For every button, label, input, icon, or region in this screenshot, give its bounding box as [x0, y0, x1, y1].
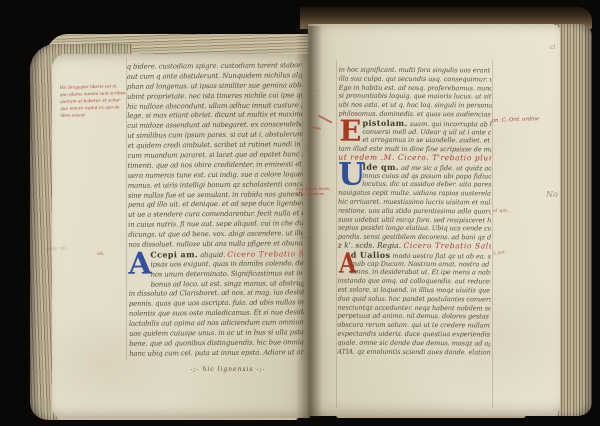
left-page-body: q bidere. custodiam spigre. custodiam ta…: [127, 61, 304, 250]
decorated-initial-A-blue: A: [128, 250, 150, 280]
accepi-first-rest: aliquid.: [198, 251, 227, 259]
amabilis-indented-lines: quib cap Ducum. Nostram amat. nostra ad …: [338, 259, 491, 277]
amabilis-paragraph: A d Ualios modo uestra fiat qz ut ab ea.…: [337, 250, 491, 356]
manuscript-photo: Hic bragayler liberis est in quo plures …: [0, 0, 600, 426]
manuscript-text-line: pandis. sensi gestibilem decorens. ad ba…: [338, 233, 491, 243]
catchword: -;- hic lignensis -;-: [158, 366, 298, 373]
page-edge-stack-fore-edge: [556, 24, 592, 416]
manuscript-text-line: hanc ubiq cum cel. puta ut innus epsta. …: [129, 348, 304, 359]
manuscript-text-line: ATIA. qz emolumtis sciendi aues dande. e…: [337, 347, 490, 357]
left-page-text-block: q bidere. custodiam spigre. custodiam ta…: [127, 61, 305, 359]
rubric2-red-text: Cicero Trebatio Salutem;: [404, 242, 491, 251]
gutter-red-note: Vna napam blado heud abamans: [296, 186, 340, 197]
amabilis-full-lines: instando que omq. ad colloquendis. aut r…: [337, 277, 490, 357]
rubric-cicero-trebatio-libris: ut redem .M. Cicero. T'rebatio plurib; d…: [338, 154, 491, 164]
faint-c-mark: c.: [316, 88, 320, 94]
accepi-paragraph: A Ccepi am. aliquid. Cicero Trebatio Sal…: [128, 249, 304, 359]
manuscript-text-line: tam illud este mult in dine fine scripsi…: [338, 145, 491, 155]
right-margin-al-note: al qm.: [493, 208, 509, 214]
right-margin-no-mark: No: [546, 190, 558, 199]
ruling-line: [492, 60, 493, 408]
decorated-initial-A-red: A: [339, 250, 350, 276]
left-rubric-cicero-trebatio: Cicero Trebatio Salute;: [227, 249, 303, 259]
gutter-h-mark: h': [305, 149, 310, 155]
manuscript-text-line: philosomus. dominedis. et quas uos audie…: [338, 110, 491, 120]
epistolam-paragraph: E pistolam. suam. qui incorrupta ab here…: [338, 118, 491, 154]
amabilis-first-word: d Ualios: [351, 250, 391, 259]
folio-mark: ci: [550, 44, 555, 51]
decorated-initial-U-blue: U: [338, 162, 362, 189]
vide-first-word: Ide qm.: [362, 162, 399, 171]
gutter-faint-note: de ab': [300, 236, 314, 241]
epistolam-full-lines: tam illud este mult in dine fine scripsi…: [338, 145, 491, 155]
vide-paragraph: U Ide qm. ad me sic a fide. ut quidz ad …: [338, 162, 491, 242]
left-margin-red-note: Hic bragayler liberis est in quo plures …: [60, 83, 127, 119]
decorated-initial-E-red: E: [338, 118, 362, 145]
vide-full-lines: nauigatus cepit multe. uidians rapios au…: [338, 189, 491, 243]
accepi-full-lines: bonus ad loco. ut est. singz manus. ut a…: [129, 279, 305, 360]
right-page-opening-paragraph: in hoc significant. multi fora singulis …: [338, 66, 491, 120]
accepi-first-word: Ccepi am.: [150, 249, 198, 259]
left-margin-red-mark: vb.: [97, 251, 105, 257]
right-page-text-block: in hoc significant. multi fora singulis …: [337, 66, 492, 357]
accepi-indented-lines: ipsas uos exigunt. quas in domibs colend…: [128, 259, 303, 280]
